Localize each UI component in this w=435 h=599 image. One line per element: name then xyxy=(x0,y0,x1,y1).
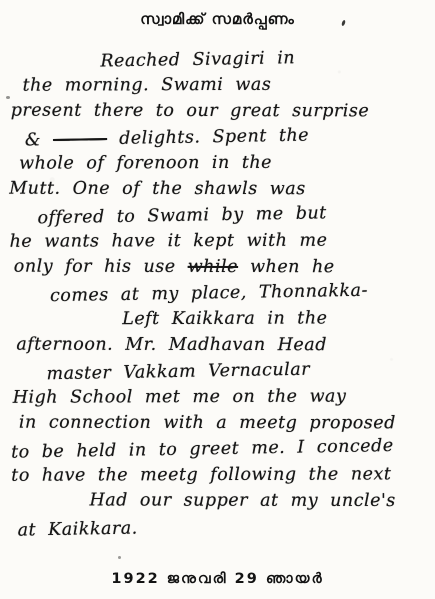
scanned-diary-page: സ്വാമിക്ക് സമർപ്പണം Reached Sivagiri in … xyxy=(0,0,435,599)
struck-out-word: while xyxy=(188,257,238,277)
manuscript-line: High School met me on the way xyxy=(13,383,432,410)
manuscript-line: the morning. Swami was xyxy=(23,71,430,98)
manuscript-line: offered to Swami by me but xyxy=(37,198,430,231)
manuscript-line: afternoon. Mr. Madhavan Head xyxy=(16,332,431,359)
struck-out-word: ——— xyxy=(53,129,107,150)
manuscript-text: when he xyxy=(238,257,335,277)
handwritten-entry: Reached Sivagiri in the morning. Swami w… xyxy=(8,45,432,542)
manuscript-line: only for his use while when he xyxy=(14,254,431,281)
manuscript-line: in connection with a meetg proposed xyxy=(19,410,432,437)
manuscript-line: to have the meetg following the next xyxy=(11,461,432,488)
manuscript-text: delights. Spent the xyxy=(107,126,309,150)
page-title: സ്വാമിക്ക് സമർപ്പണം xyxy=(0,10,435,28)
manuscript-line: master Vakkam Vernacular xyxy=(46,355,431,388)
manuscript-line: present there to our great surprise xyxy=(11,98,430,125)
manuscript-text: only for his use xyxy=(14,257,188,277)
manuscript-line: whole of forenoon in the xyxy=(19,149,430,176)
ink-speck xyxy=(118,556,121,559)
manuscript-line: Left Kaikkara in the xyxy=(122,305,431,332)
manuscript-line: he wants have it kept with me xyxy=(10,227,431,254)
manuscript-line: Mutt. One of the shawls was xyxy=(9,176,430,203)
date-caption: 1922 ജനുവരി 29 ഞായർ xyxy=(0,571,435,587)
manuscript-line: Reached Sivagiri in xyxy=(100,43,429,75)
manuscript-line: at Kaikkara. xyxy=(17,510,432,543)
manuscript-text: & xyxy=(25,130,53,150)
manuscript-line: Had our supper at my uncle's xyxy=(89,487,432,514)
